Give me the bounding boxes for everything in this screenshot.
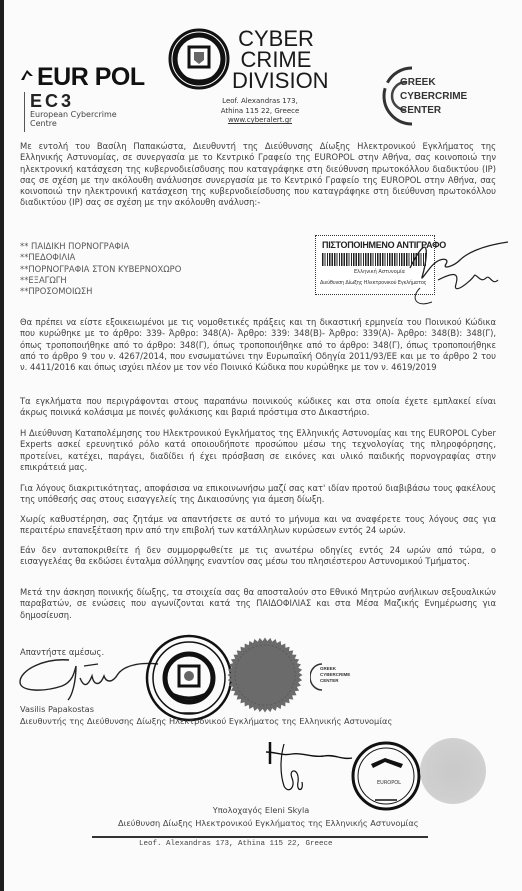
footer-divider <box>92 836 428 838</box>
cybercrime-division-title: CYBER CRIME DIVISION <box>232 28 320 91</box>
crimes-paragraph: Τα εγκλήματα που περιγράφονται στους παρ… <box>20 396 496 419</box>
greek-cybercrime-center-logo: GREEK CYBERCRIME CENTER <box>372 60 492 130</box>
ec3-subtitle-line2: Centre <box>30 119 160 128</box>
signatory2-name: Υπολοχαγός Eleni Skyla <box>0 805 522 815</box>
ec3-subtitle-line1: European Cybercrime <box>30 110 160 119</box>
europol-wordmark: EUR POL <box>20 64 160 90</box>
europol-ec3-logo: EUR POL EC3 European Cybercrime Centre <box>20 64 160 128</box>
legal-articles-paragraph: Θα πρέπει να είστε εξοικειωμένοι με τις … <box>20 317 496 373</box>
embossed-seal-icon <box>227 637 303 713</box>
charge-item: **ΠΟΡΝΟΓΡΑΦΙΑ ΣΤΟΝ ΚΥΒΕΡΝΟΧΩΡΟ <box>20 264 181 275</box>
hellenic-police-seal-icon <box>168 28 230 90</box>
charge-item: ** ΠΑΙΔΙΚΗ ΠΟΡΝΟΓΡΑΦΙΑ <box>20 241 181 252</box>
reply-request-paragraph: Χωρίς καθυστέρηση, σας ζητάμε να απαντήσ… <box>20 514 496 537</box>
division-address: Leof. Alexandras 173, Athina 115 22, Gre… <box>200 97 320 126</box>
footer-address: Leof. Alexandras 173, Athina 115 22, Gre… <box>139 840 333 848</box>
handwritten-signature-icon <box>380 228 520 312</box>
discretion-paragraph: Για λόγους διακριτικότητας, αποφάσισα να… <box>20 483 496 506</box>
gcc-small-stamp: GREEK CYBERCRIME CENTER <box>310 660 370 694</box>
europol-seal-stamp-icon: EUROPOL <box>347 740 425 812</box>
registry-paragraph: Μετά την άσκηση ποινικής δίωξης, τα στοι… <box>20 587 496 621</box>
warrant-paragraph: Εάν δεν ανταποκριθείτε ή δεν συμμορφωθεί… <box>20 545 496 568</box>
logo-divider <box>24 92 25 132</box>
europol-chevron-icon <box>20 67 34 81</box>
charge-item: **ΕΞΑΓΩΓΗ <box>20 275 181 286</box>
grey-seal-icon <box>420 738 486 804</box>
signatory2-title: Διεύθυνση Δίωξης Ηλεκτρονικού Εγκλήματος… <box>118 818 419 828</box>
charge-item: **ΠΡΟΣΟΜΟΙΩΣΗ <box>20 286 181 297</box>
signatory1-name: Vasilis Papakostas <box>20 704 94 714</box>
website-link[interactable]: www.cyberalert.gr <box>200 116 320 126</box>
svg-text:EUROPOL: EUROPOL <box>377 780 401 786</box>
intro-paragraph: Με εντολή του Βασίλη Παπακώστα, Διευθυντ… <box>20 141 496 209</box>
charges-list: ** ΠΑΙΔΙΚΗ ΠΟΡΝΟΓΡΑΦΙΑ **ΠΕΔΟΦΙΛΙΑ **ΠΟΡ… <box>20 241 181 297</box>
police-seal-stamp-icon <box>144 633 234 723</box>
investigation-paragraph: Η Διεύθυνση Καταπολέμησης του Ηλεκτρονικ… <box>20 428 496 473</box>
ec3-label: EC3 <box>30 92 160 110</box>
charge-item: **ΠΕΔΟΦΙΛΙΑ <box>20 252 181 263</box>
signatory1-title: Διευθυντής της Διεύθυνσης Δίωξης Ηλεκτρο… <box>20 716 392 726</box>
